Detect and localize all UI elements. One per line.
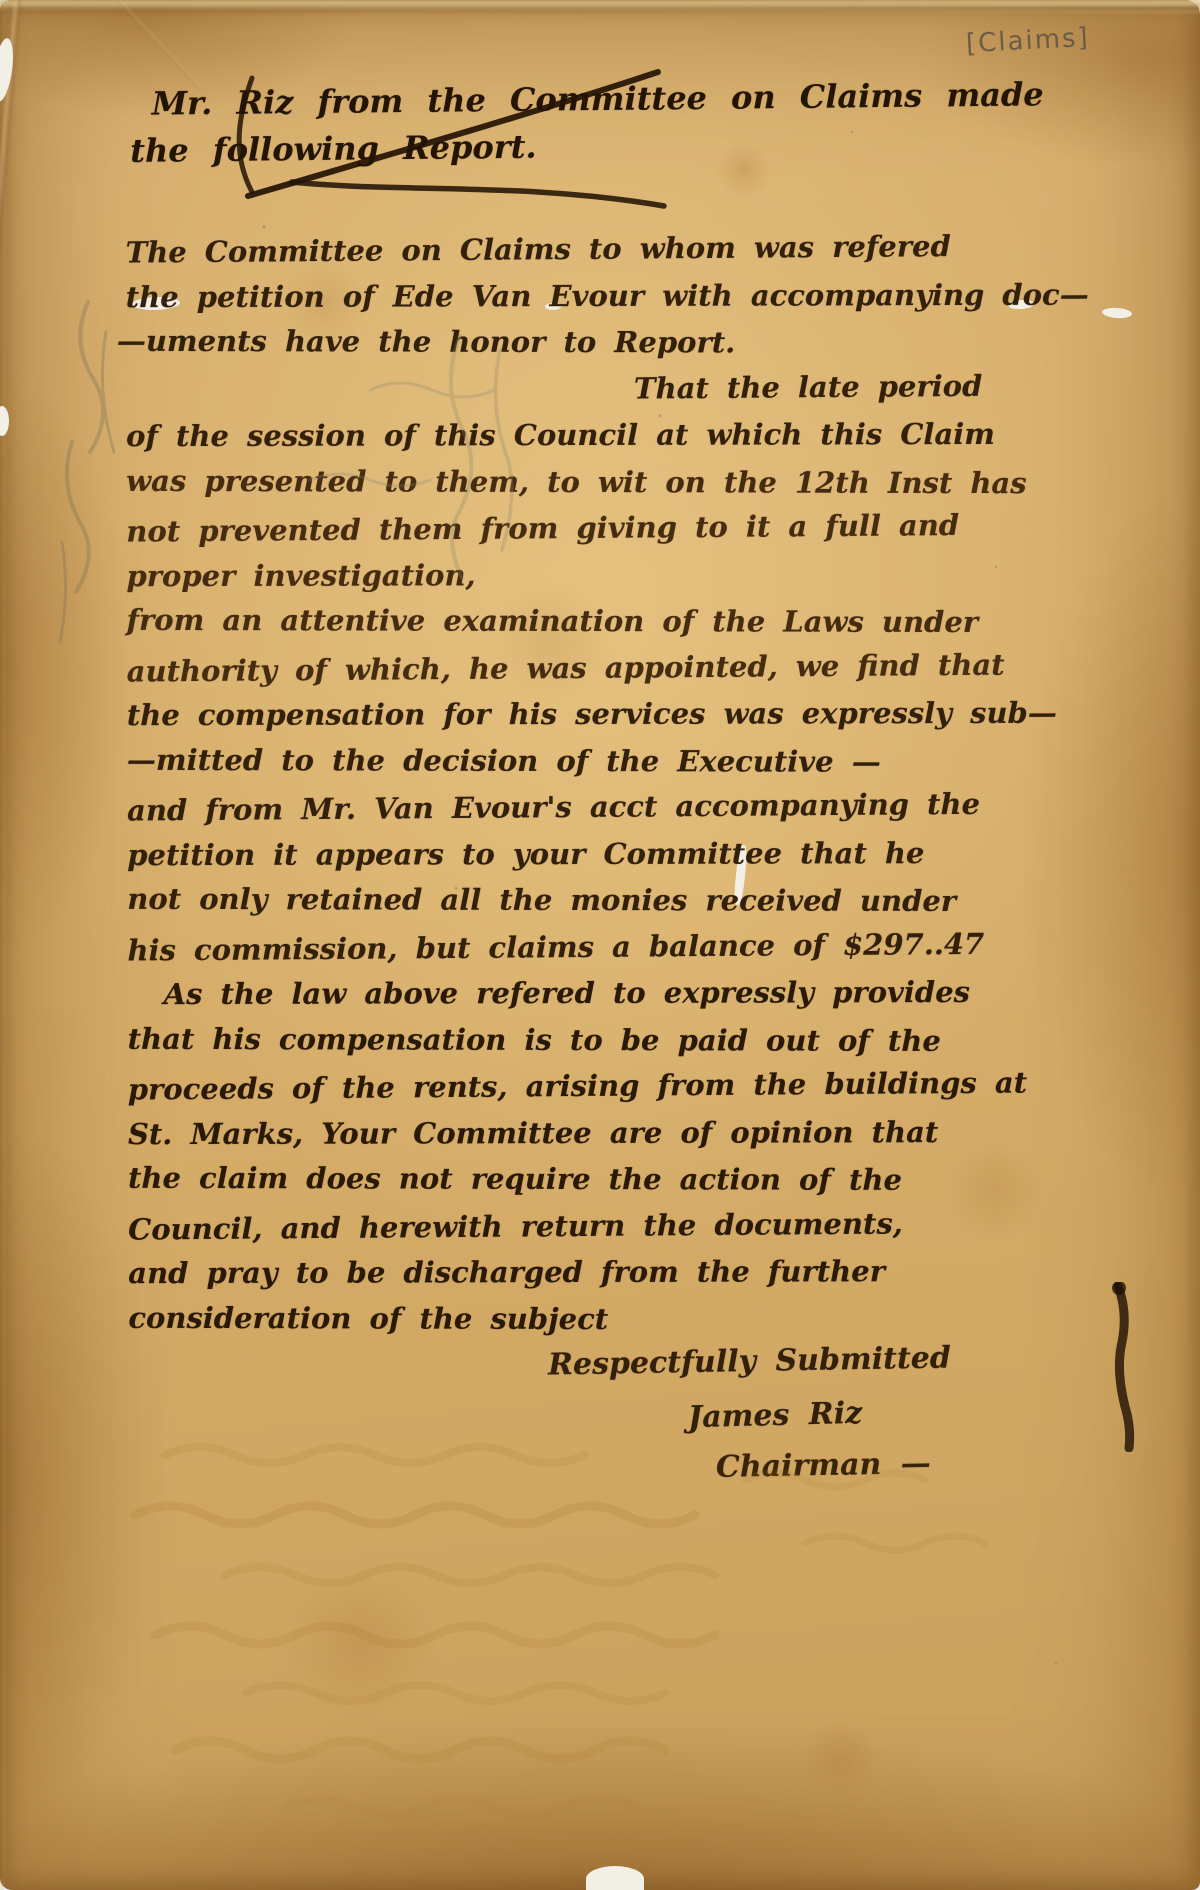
manuscript-line: —uments have the honor to Report.	[117, 318, 1026, 367]
manuscript-line: the compensation for his services was ex…	[127, 690, 1027, 739]
manuscript-line: That the late period	[126, 362, 1026, 416]
manuscript-line: his commission, but claims a balance of …	[127, 920, 1027, 974]
manuscript-line: not only retained all the monies receive…	[127, 876, 1027, 925]
manuscript-line: consideration of the subject	[128, 1294, 1028, 1343]
manuscript-line: the petition of Ede Van Evour with accom…	[126, 271, 1026, 320]
report-body: The Committee on Claims to whom was refe…	[126, 225, 1029, 1343]
manuscript-line: from an attentive examination of the Law…	[127, 597, 1027, 646]
manuscript-line: that his compensation is to be paid out …	[128, 1015, 1028, 1064]
signature-james-riz: James Riz	[688, 1396, 863, 1436]
manuscript-line: The Committee on Claims to whom was refe…	[125, 222, 1025, 276]
manuscript-line: proceeds of the rents, arising from the …	[128, 1059, 1028, 1113]
manuscript-line: the claim does not require the action of…	[128, 1155, 1028, 1204]
manuscript-line: —mitted to the decision of the Executive…	[127, 736, 1027, 785]
signature-role-chairman: Chairman —	[716, 1446, 931, 1485]
manuscript-line: petition it appears to your Committee th…	[127, 829, 1027, 878]
manuscript-line: and from Mr. Van Evour's acct accompanyi…	[127, 780, 1027, 834]
manuscript-line: As the law above refered to expressly pr…	[127, 969, 1027, 1018]
scanned-manuscript-page: [Claims] Mr. Riz from the Committee on C…	[0, 0, 1200, 1890]
manuscript-line: was presented to them, to wit on the 12t…	[126, 457, 1026, 506]
manuscript-line: proper investigation,	[126, 550, 1026, 599]
manuscript-line: and pray to be discharged from the furth…	[128, 1248, 1028, 1297]
heading-line: the following Report.	[130, 118, 1044, 175]
manuscript-line: not prevented them from giving to it a f…	[126, 501, 1026, 555]
manuscript-line: of the session of this Council at which …	[126, 411, 1026, 460]
closing-respectfully: Respectfully Submitted	[548, 1340, 951, 1382]
manuscript-line: authority of which, he was appointed, we…	[127, 641, 1027, 695]
heading-line: Mr. Riz from the Committee on Claims mad…	[152, 71, 1044, 127]
manuscript-line: St. Marks, Your Committee are of opinion…	[128, 1108, 1028, 1157]
manuscript-line: Council, and herewith return the documen…	[128, 1199, 1028, 1253]
struck-heading: Mr. Riz from the Committee on Claims mad…	[152, 71, 1045, 174]
